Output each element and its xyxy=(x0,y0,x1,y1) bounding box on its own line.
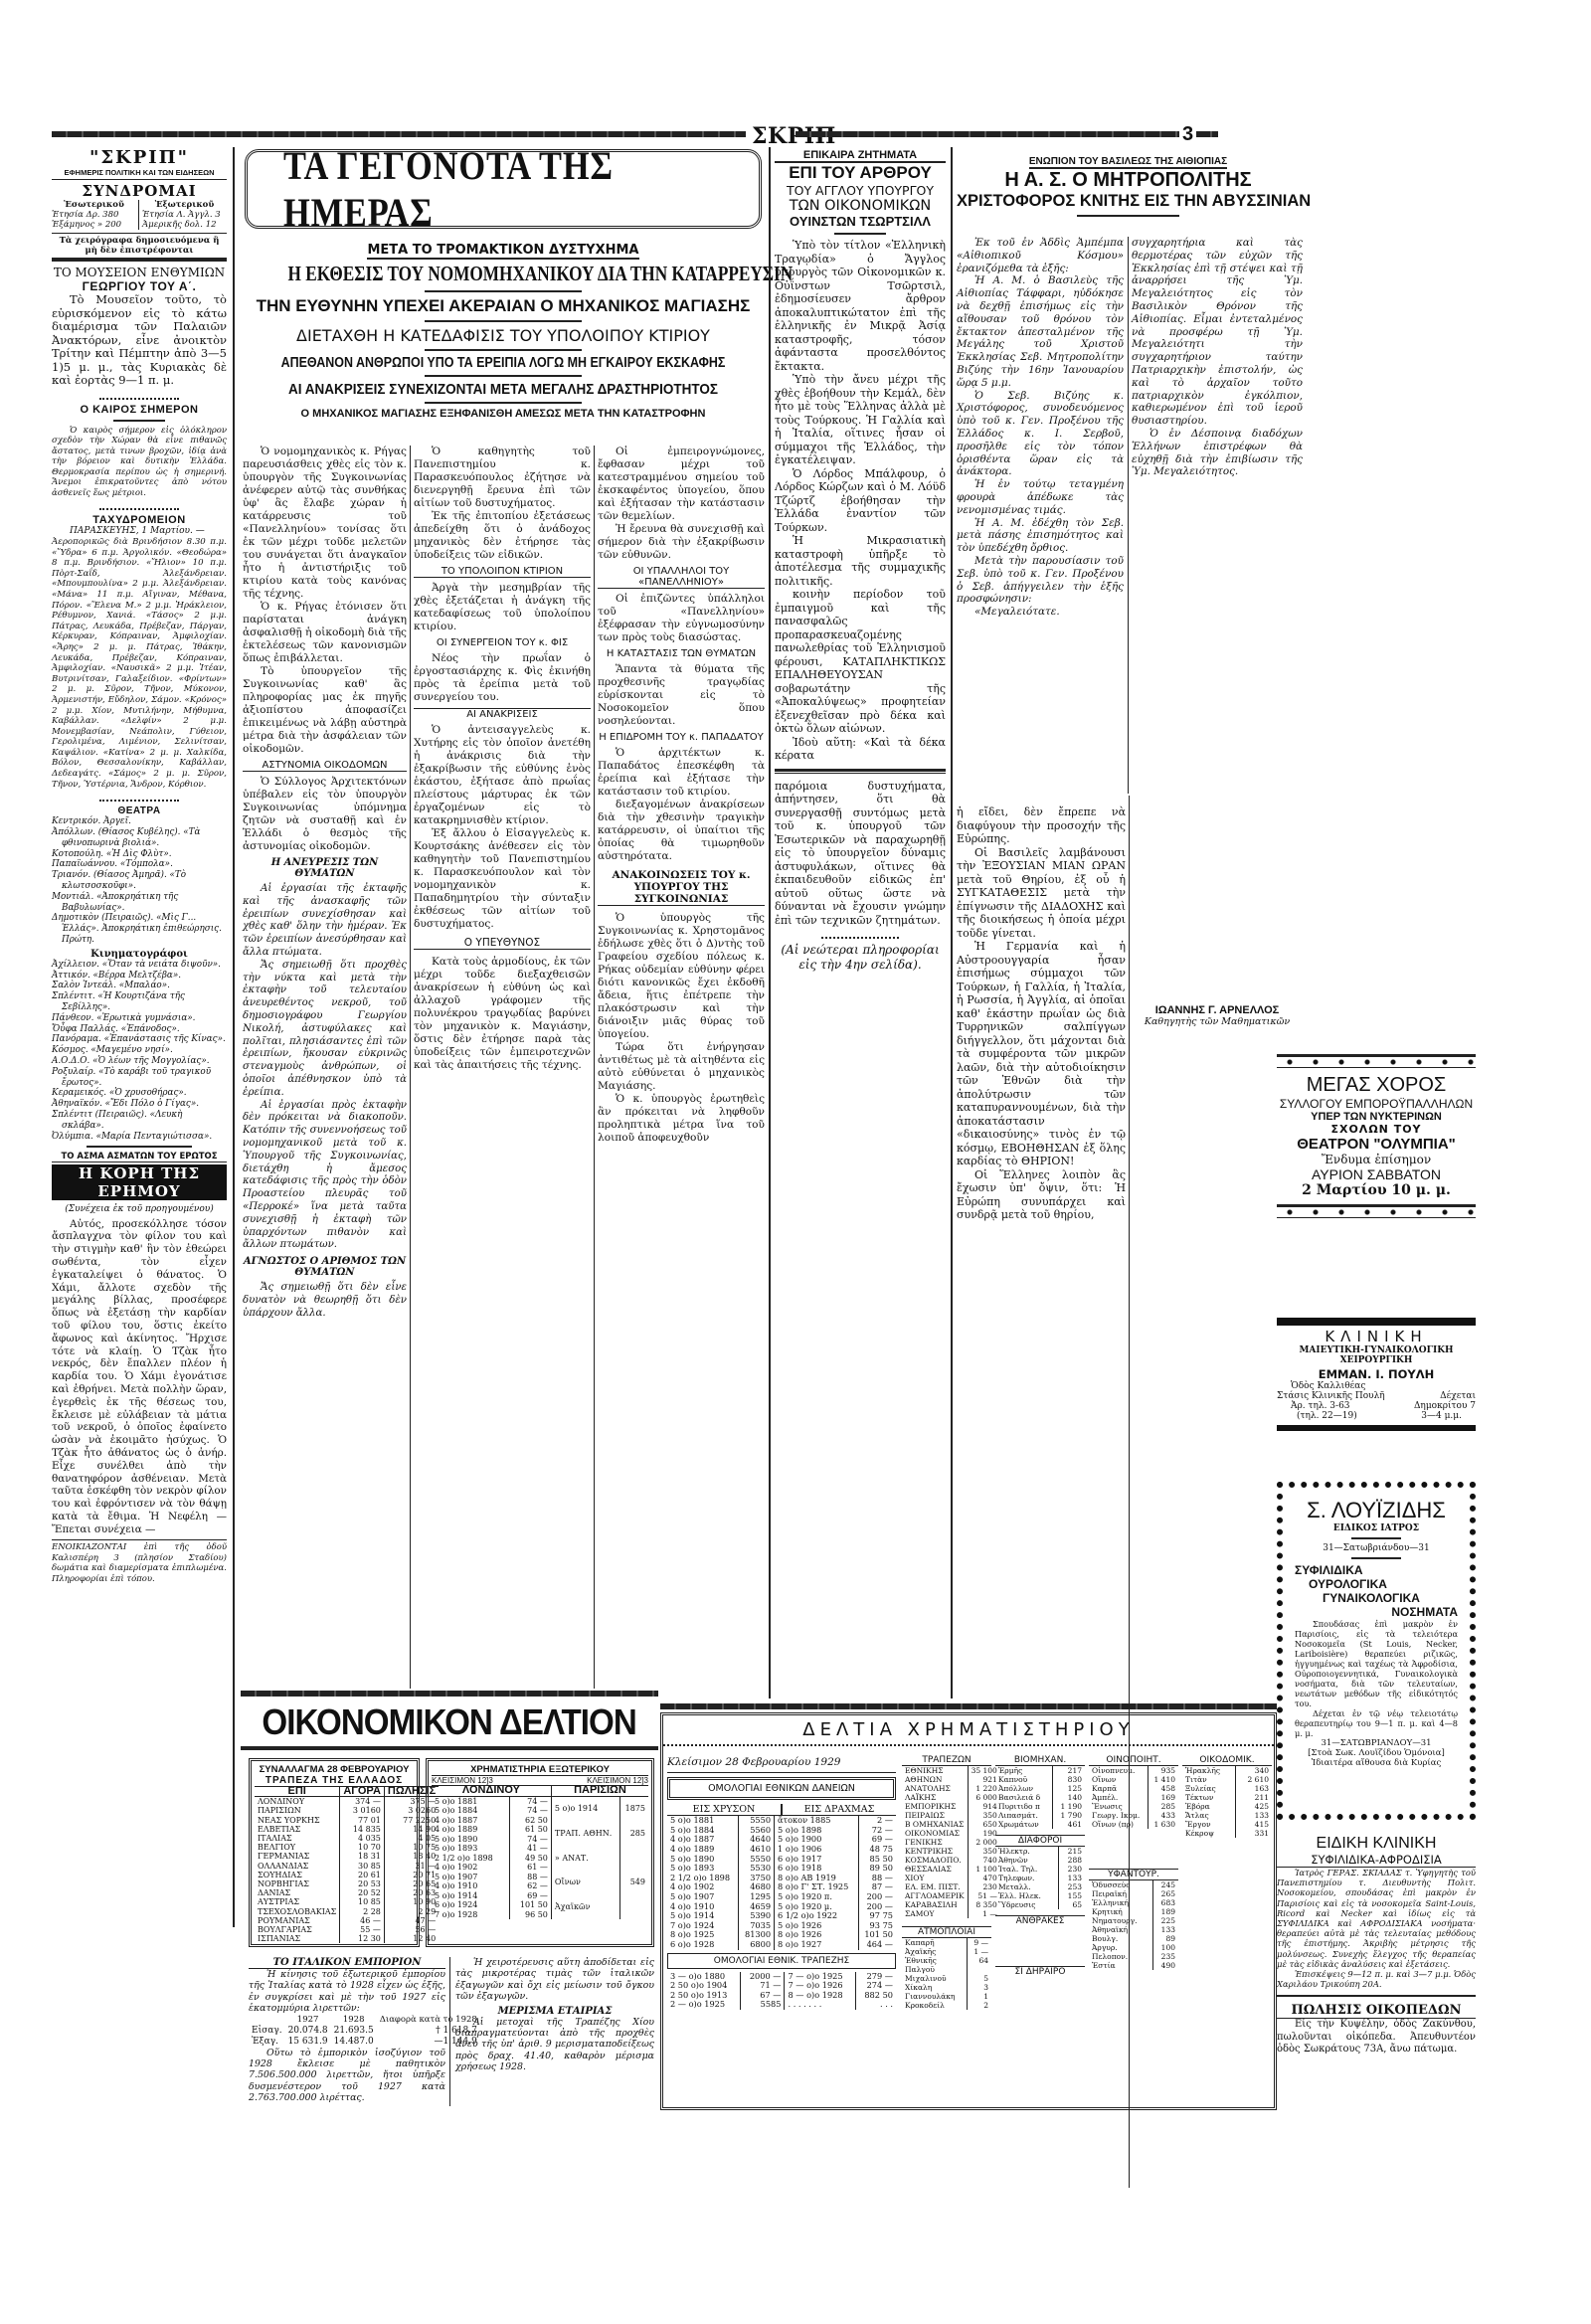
cinema-item: Σπλέντιτ. «Ἡ Κουρτιζάνα τῆς Σεβίλλης». xyxy=(52,991,227,1013)
cinemas-list: Ἀχίλλειον. «Ὅταν τὰ νειάτα διψοῦν».Ἀττικ… xyxy=(52,960,227,1143)
exchange-row: ΛΟΝΔΙΝΟΥ374 —375 — xyxy=(255,1797,439,1807)
doctor-specialty: ΓΥΝΑΙΚΟΛΟΓΙΚΑ xyxy=(1295,1591,1458,1605)
theatre-item: Δημοτικὸν (Πειραιῶς). «Μὶς Γ... Ἑλλάς». … xyxy=(52,913,227,945)
misc-row: Μεταλλ.253 xyxy=(995,1882,1085,1891)
london-row-cell: 62 50 xyxy=(509,1816,550,1826)
column-divider xyxy=(769,147,771,1698)
theatres-list: Κεντρικόν. Ἀργεῖ.Ἀπόλλων. (Θίασος Κυβέλη… xyxy=(52,816,227,946)
paragraph: Ἐκ τῆς ἐπιτοπίου ἐξετάσεως ἀπεδείχθη ὅτι… xyxy=(414,510,591,562)
loan-row-cell: 6800 xyxy=(739,1940,775,1950)
construction-block: ΟΙΚΟΔΟΜΙΚ. Ἡρακλῆς340Τιτὰν2 610Ξυλείας16… xyxy=(1182,1755,1272,1838)
abyssinia-paragraph: Ὁ ἐν Δέσποινᾳ διαδόχων Ἑλλήνων ἐπιστρέφω… xyxy=(1132,428,1303,478)
divider xyxy=(1351,1557,1400,1559)
london-row-cell: 74 — xyxy=(509,1806,550,1816)
doctor-title: ΕΙΔΙΚΟΣ ΙΑΤΡΟΣ xyxy=(1295,1523,1458,1533)
paris-header: ΠΑΡΙΣΙΩΝ xyxy=(551,1786,648,1797)
subhead: Ο ΥΠΕΥΘΥΝΟΣ xyxy=(414,937,591,950)
exchange-row-cell: ΠΑΡΙΣΙΩΝ xyxy=(255,1806,340,1815)
abyssinia-paragraph: Ἐκ τοῦ ἐν Ἀδδὶς Ἀμπέμπα «Αἰθιοπικοῦ Κόσμ… xyxy=(957,237,1124,274)
textile-row: Ἑλληνική683 xyxy=(1089,1898,1178,1907)
column-divider xyxy=(1128,237,1129,794)
wine-row-cell: 433 xyxy=(1149,1811,1178,1820)
exchange-row-cell: ΑΥΣΤΡΙΑΣ xyxy=(255,1897,340,1906)
paragraph: Ἀργὰ τὴν μεσημβρίαν τῆς χθὲς ἐξετάζεται … xyxy=(414,582,591,633)
bank-row: ΠΕΙΡΑΙΩΣ350 xyxy=(902,1811,1000,1820)
column-divider xyxy=(449,1957,450,2106)
dividend-body: Αἱ μετοχαὶ τῆς Τραπέζης Χίου διαπραγματε… xyxy=(455,2017,654,2073)
wine-row-cell: Οἰνοπνευμ. xyxy=(1089,1766,1149,1775)
finance-banner-box: ΟΙΚΟΝΟΜΙΚΟΝ ΔΕΛΤΙΟΝ xyxy=(241,1698,658,1750)
london-row: 5 ο)ο 189074 — xyxy=(432,1835,551,1845)
exchange-title-1: ΣΥΝΑΛΛΑΓΜΑ 28 ΦΕΒΡΟΥΑΡΙΟΥ xyxy=(255,1764,414,1775)
theatre-item: Κεντρικόν. Ἀργεῖ. xyxy=(52,816,227,827)
bank-row: ΟΙΚΟΝΟΜΙΑΣ190 xyxy=(902,1829,1000,1838)
deck-line-4: ΑΙ ΑΝΑΚΡΙΣΕΙΣ ΣΥΝΕΧΙΖΟΝΤΑΙ ΜΕΤΑ ΜΕΓΑΛΗΣ … xyxy=(266,381,739,398)
banks-block: ΤΡΑΠΕΖΩΝ ΕΘΝΙΚΗΣ35 100ΑΘΗΝΩΝ921ΑΝΑΤΟΛΗΣ1… xyxy=(902,1755,991,2010)
london-row-cell: 88 — xyxy=(509,1873,550,1882)
paragraph: Αἱ ἐργασίαι πρὸς ἐκταφὴν δὲν πρόκειται ν… xyxy=(243,1100,407,1253)
textile-row-cell: Πελοπον. xyxy=(1089,1952,1152,1961)
opinion-paragraph: Ὑπὸ τὴν ἄνευ μέχρι τῆς χθὲς ἐβοήθουν τὴν… xyxy=(775,373,946,467)
london-row: 6 ο)ο 1924101 50 xyxy=(432,1900,551,1910)
loan-row: 6 ο)ο 192868008 ο)ο 1927464 — xyxy=(667,1940,896,1950)
wine-row-cell: 1 410 xyxy=(1149,1775,1178,1784)
misc-row: Ἠλεκτρ.215 xyxy=(995,1847,1085,1856)
bank-row-cell: ΕΛ. ΕΜ. ΠΙΣΤ. xyxy=(902,1882,968,1891)
exchange-row-cell: ΙΣΠΑΝΙΑΣ xyxy=(255,1934,340,1943)
london-row-cell: 41 — xyxy=(509,1844,550,1854)
london-row-cell: 101 50 xyxy=(509,1900,550,1910)
bank-row-cell: ΚΕΝΤΡΙΚΗΣ xyxy=(902,1847,968,1856)
paragraph: Ἄς σημειωθῇ ὅτι δὲν εἶνε δυνατὸν νὰ θεωρ… xyxy=(243,1282,407,1320)
wine-row-cell: 169 xyxy=(1149,1793,1178,1802)
wine-table: Οἰνοπνευμ.935Οἴνων1 410Καρπᾶ458Ἀμπέλ.169… xyxy=(1089,1766,1178,1829)
italian-trade-title: ΤΟ ΙΤΑΛΙΚΟΝ ΕΜΠΟΡΙΟΝ xyxy=(249,1957,445,1969)
london-row-cell: 5 ο)ο 1914 xyxy=(432,1891,509,1901)
subhead: ΤΟ ΥΠΟΛΟΙΠΟΝ ΚΤΙΡΙΟΝ xyxy=(414,566,591,578)
paris-row: Ἀχαϊκῶν xyxy=(551,1894,648,1919)
construction-row-cell: Ξυλείας xyxy=(1182,1784,1236,1793)
construction-row-cell: Ἐβόρα xyxy=(1182,1802,1236,1811)
textile-row-cell: Πειραϊκή xyxy=(1089,1889,1152,1898)
london-row-cell: 4 ο)ο 1889 xyxy=(432,1825,509,1835)
paragraph: Νέος τὴν πρωΐαν ὁ ἐργοστασιάρχης κ. Φὶς … xyxy=(414,652,591,704)
clinic-street: Δημοκρίτου 7 xyxy=(1414,1401,1476,1411)
national-bank-title: ΟΜΟΛΟΓΙΑΙ ΕΘΝΙΚ. ΤΡΑΠΕΖΗΣ xyxy=(667,1953,896,1969)
construction-row-cell: 331 xyxy=(1236,1829,1272,1838)
banks-title: ΤΡΑΠΕΖΩΝ xyxy=(902,1755,991,1766)
exchange-row-cell: 20 52 xyxy=(340,1888,385,1897)
clinic-phone: Ἀρ. τηλ. 3-63 xyxy=(1291,1401,1350,1411)
bank-row-cell: ΓΕΝΙΚΗΣ xyxy=(902,1838,968,1847)
exchange-row: ΑΥΣΤΡΙΑΣ10 8510 90 xyxy=(255,1897,439,1906)
doctor-arcade: [Στοὰ Σωκ. Λουϊζίδου Ὁμόνοια] xyxy=(1295,1748,1458,1758)
cinema-item: Ροξυλαίρ. «Τὸ καράβι τοῦ τραγικοῦ ἔρωτος… xyxy=(52,1067,227,1089)
exchange-row-cell: 14 835 xyxy=(340,1825,385,1834)
bank-row: ΑΝΑΤΟΛΗΣ1 220 xyxy=(902,1784,1000,1793)
wine-row-cell: 285 xyxy=(1149,1802,1178,1811)
exchange-row: ΙΣΠΑΝΙΑΣ12 3012 40 xyxy=(255,1934,439,1943)
bank-row-cell: ΑΘΗΝΩΝ xyxy=(902,1775,968,1784)
main-banner: ΤΑ ΓΕΓΟΝΟΤΑ ΤΗΣ ΗΜΕΡΑΣ xyxy=(283,142,723,236)
deck-line-5: Ο ΜΗΧΑΝΙΚΟΣ ΜΑΓΙΑΣΗΣ ΕΞΗΦΑΝΙΣΘΗ ΑΜΕΣΩΣ Μ… xyxy=(241,408,766,420)
wine-row-cell: Οἴνων (πρ) xyxy=(1089,1820,1149,1829)
shipping-row-cell: 5 xyxy=(968,1974,991,1983)
london-row-cell: 74 — xyxy=(509,1835,550,1845)
land-title: ΠΩΛΗΣΙΣ ΟΙΚΟΠΕΔΩΝ xyxy=(1277,2003,1476,2019)
misc-row-cell: 288 xyxy=(1058,1856,1085,1865)
opinion-title-4: ΟΥΙΝΣΤΩΝ ΤΣΩΡΤΣΙΛΛ xyxy=(775,214,946,229)
exchange-row: ΟΛΛΑΝΔΙΑΣ30 8531 — xyxy=(255,1862,439,1871)
exchange-row-cell: 30 85 xyxy=(340,1862,385,1871)
cinema-item: Ὀλύμπια. «Μαρία Πενταγιώτισσα». xyxy=(52,1132,227,1143)
construction-row-cell: 163 xyxy=(1236,1784,1272,1793)
shipping-row: Γιαννουλάκη1 xyxy=(902,1992,991,2001)
paragraph: Τώρα ὅτι ἐνήργησαν ἀντιθέτως μὲ τὰ αἰτηθ… xyxy=(598,1041,765,1093)
industrial-row-cell: Βασιλειά δ xyxy=(995,1793,1052,1802)
loan-row-cell: 8 ο)ο 1927 xyxy=(775,1940,859,1950)
paragraph: Ὁ ὑπουργὸς τῆς Συγκοινωνίας κ. Χρηστομᾶν… xyxy=(598,912,765,1041)
subhead: Η ΕΠΙΔΡΟΜΗ ΤΟΥ κ. ΠΑΠΑΔΑΤΟΥ xyxy=(598,732,765,743)
finance-banner: ΟΙΚΟΝΟΜΙΚΟΝ ΔΕΛΤΙΟΝ xyxy=(263,1701,637,1743)
misc-row-cell: 215 xyxy=(1058,1847,1085,1856)
stock-exchange-box: ΔΕΛΤΙΑ ΧΡΗΜΑΤΙΣΤΗΡΙΟΥ Κλείσιμον 28 Φεβρο… xyxy=(660,1712,1277,2110)
trade-row-cell: 14.487.0 xyxy=(331,2037,377,2048)
abyssinia-col-1: Ἐκ τοῦ ἐν Ἀδδὶς Ἀμπέμπα «Αἰθιοπικοῦ Κόσμ… xyxy=(957,237,1124,619)
exchange-row-cell: 4 035 xyxy=(340,1834,385,1843)
wine-row: Οἴνων1 410 xyxy=(1089,1775,1178,1784)
deck-line-3: ΑΠΕΘΑΝΟΝ ΑΝΘΡΩΠΟΙ ΥΠΟ ΤΑ ΕΡΕΙΠΙΑ ΛΟΓΩ ΜΗ… xyxy=(277,355,729,371)
foreign-row: Ἐτησία Λ. Ἀγγλ. 3 xyxy=(142,210,227,220)
paper-tagline: ΕΦΗΜΕΡΙΣ ΠΟΛΙΤΙΚΗ ΚΑΙ ΤΩΝ ΕΙΔΗΣΕΩΝ xyxy=(52,168,227,180)
cinema-item: Ἀθηναϊκόν. «Ἔδι Πόλο ὁ Γίγας». xyxy=(52,1099,227,1110)
deck-line-2: ΔΙΕΤΑΧΘΗ Η ΚΑΤΕΔΑΦΙΣΙΣ ΤΟΥ ΥΠΟΛΟΙΠΟΥ ΚΤΙ… xyxy=(241,326,766,345)
tobacco-title: ΑΤΜΟΠΛΟΪΑΙ xyxy=(902,1926,991,1938)
textile-table: Ὁδυσσεὺς245Πειραϊκή265Ἑλληνική683Κρητική… xyxy=(1089,1880,1178,1970)
paragraph: Ὁ ἀρχιτέκτων κ. Παπαδάτος ἐπεσκέφθη τὰ ἐ… xyxy=(598,747,765,799)
gold-header: ΕΙΣ ΧΡΥΣΟΝ xyxy=(667,1804,783,1815)
wine-row-cell: 1 630 xyxy=(1149,1820,1178,1829)
doctor-hours: Δέχεται ἐν τῷ νέῳ τελειοτάτῳ θεραπευτηρί… xyxy=(1295,1708,1458,1738)
london-row: 5 ο)ο 189341 — xyxy=(432,1844,551,1854)
top-rule-end xyxy=(1196,131,1218,137)
opinion-paragraph: Ὁ Λόρδος Μπάλφουρ, ὁ Λόρδος Κώρζων καὶ ὁ… xyxy=(775,467,946,535)
construction-row-cell: 425 xyxy=(1236,1802,1272,1811)
london-row-cell: 5 ο)ο 1884 xyxy=(432,1806,509,1816)
london-row: 5 ο)ο 188174 — xyxy=(432,1796,551,1806)
exchange-row-cell: 55 — xyxy=(340,1925,385,1934)
london-row-cell: 5 ο)ο 1881 xyxy=(432,1796,509,1806)
divider xyxy=(425,320,582,322)
diamond-border xyxy=(1277,1054,1476,1068)
paris-table: ΠΑΡΙΣΙΩΝ 5 ο)ο 19141875ΤΡΑΠ. ΑΘΗΝ.285» Α… xyxy=(551,1785,648,1919)
paragraph: Οἱ ἐμπειρογνώμονες, ἔφθασαν μέχρι τοῦ κα… xyxy=(598,446,765,523)
wine-block: ΟΙΝΟΠΟΙΗΤ. Οἰνοπνευμ.935Οἴνων1 410Καρπᾶ4… xyxy=(1089,1755,1178,1970)
foreign-markets-title: ΧΡΗΜΑΤΙΣΤΗΡΙΑ ΕΞΩΤΕΡΙΚΟΥ xyxy=(432,1764,648,1776)
domestic-row: Ἑξάμηνος » 200 xyxy=(52,220,136,230)
clinic-subtitle-1: ΜΑΙΕΥΤΙΚΗ-ΓΥΝΑΙΚΟΛΟΓΙΚΗ xyxy=(1277,1345,1476,1355)
column-divider xyxy=(594,446,595,1689)
banks-table: ΕΘΝΙΚΗΣ35 100ΑΘΗΝΩΝ921ΑΝΑΤΟΛΗΣ1 220ΛΑΪΚΗ… xyxy=(902,1766,1000,1918)
divider xyxy=(775,769,946,774)
wine-row-cell: Γεωργ. Ικομ. xyxy=(1089,1811,1149,1820)
bank-row: Β ΟΜΗΧΑΝΙΑΣ650 xyxy=(902,1820,1000,1829)
shipping-row-cell: 9 — xyxy=(968,1938,991,1947)
industrial-row-cell: Καπνοῦ xyxy=(995,1775,1052,1784)
textile-row: Πελοπον.235 xyxy=(1089,1952,1178,1961)
shipping-row-cell: 2 xyxy=(968,2001,991,2010)
textile-row-cell: 89 xyxy=(1152,1934,1178,1943)
construction-row-cell: Ἄτλας xyxy=(1182,1811,1236,1820)
bank-row: ΑΘΗΝΩΝ921 xyxy=(902,1775,1000,1784)
italian-trade-body: Ἡ χειροτέρευσις αὕτη ἀποδίδεται εἰς τὰς … xyxy=(455,1957,654,2003)
abyssinia-title-2: ΧΡΙΣΤΟΦΟΡΟΣ ΚΝΙΤΗΣ ΕΙΣ ΤΗΝ ΑΒΥΣΣΙΝΙΑΝ xyxy=(957,192,1300,211)
exchange-row-cell: ΛΟΝΔΙΝΟΥ xyxy=(255,1797,340,1807)
exchange-row-cell: 20 53 xyxy=(340,1879,385,1888)
national-bank-row-cell: . . . xyxy=(855,2000,896,2010)
construction-row-cell: Ἔργον xyxy=(1182,1820,1236,1829)
shipping-row: Κροκοδείλ2 xyxy=(902,2001,991,2010)
paris-row-cell: 549 xyxy=(619,1871,648,1895)
opinion-column: ΕΠΙΚΑΙΡΑ ΖΗΤΗΜΑΤΑ ΕΠΙ ΤΟΥ ΑΡΘΡΟΥ ΤΟΥ ΑΓΓ… xyxy=(775,149,946,973)
classified-ad: ΕΝΟΙΚΙΑΖΟΝΤΑΙ ἐπὶ τῆς ὁδοῦ Καλισπέρη 3 (… xyxy=(52,1539,227,1584)
textile-row-cell: 189 xyxy=(1152,1907,1178,1916)
industrial-row-cell: 830 xyxy=(1052,1775,1085,1784)
exchange-row: ΒΕΛΓΙΟΥ10 7010 75 xyxy=(255,1843,439,1852)
london-row-cell: 5 ο)ο 1890 xyxy=(432,1835,509,1845)
abyssinia-continuation: ἡ εἴδει, δὲν ἔπρεπε νὰ διαφύγουν τὴν προ… xyxy=(957,805,1126,1222)
london-row-cell: 74 — xyxy=(509,1796,550,1806)
abyssinia-paragraph: Μετὰ τὴν παρουσίασιν τοῦ Σεβ. ὑπὸ τοῦ κ.… xyxy=(957,555,1124,606)
wine-title: ΟΙΝΟΠΟΙΗΤ. xyxy=(1089,1755,1178,1766)
theatre-item: Τριανόν. (Θίασος Ἀμηρᾶ). «Τὸ κλωτσοσκοῦφ… xyxy=(52,870,227,892)
industrial-row: Βασιλειά δ140 xyxy=(995,1793,1085,1802)
national-bank-table: 3 — ο)ο 18802000 —7 — ο)ο 1925279 —2 50 … xyxy=(667,1972,896,2010)
domestic-label: Ἐσωτερικοῦ xyxy=(52,200,136,210)
textile-row-cell: 100 xyxy=(1152,1943,1178,1952)
serial-kicker: ΤΟ ΑΣΜΑ ΑΣΜΑΤΩΝ ΤΟΥ ΕΡΩΤΟΣ xyxy=(52,1152,227,1162)
serial-title: Η ΚΟΡΗ ΤΗΣ ΕΡΗΜΟΥ xyxy=(52,1164,227,1200)
bank-row: ΘΕΣΣΑΛΙΑΣ1 100 xyxy=(902,1865,1000,1874)
clinic-phone-2: (τηλ. 22—19) xyxy=(1297,1411,1357,1421)
london-row-cell: 62 — xyxy=(509,1881,550,1891)
construction-row-cell: 2 610 xyxy=(1236,1775,1272,1784)
national-bank-row-cell: 2 — ο)ο 1925 xyxy=(667,2000,741,2010)
abyssinia-paragraph: Οἱ Ἕλληνες λοιπὸν ἃς ἔχωσιν ὑπ' ὄψιν, ὅτ… xyxy=(957,1168,1126,1222)
london-row-cell: 4 ο)ο 1910 xyxy=(432,1881,509,1891)
industrial-row-cell: 461 xyxy=(1052,1820,1085,1829)
wine-row-cell: 458 xyxy=(1149,1784,1178,1793)
shipping-row-cell: Ἐθνικῆς xyxy=(902,1956,968,1965)
divider xyxy=(425,375,582,377)
subhead: ΟΙ ΣΥΝΕΡΓΕΙΟΝ ΤΟΥ κ. ΦΙΣ xyxy=(414,637,591,648)
post-body: Ἀεροπορικῶς διὰ Βρινδήσιον 8.30 π.μ. «Ὕδ… xyxy=(52,537,227,790)
paris-row-cell: ΤΡΑΠ. ΑΘΗΝ. xyxy=(551,1822,619,1847)
misc-row-cell: Τηλεφων. xyxy=(995,1874,1058,1882)
paris-row: » ΑΝΑΤ. xyxy=(551,1846,648,1871)
bank-row: ΕΜΠΟΡΙΚΗΣ914 xyxy=(902,1802,1000,1811)
museum-body: Τὸ Μουσεῖον τοῦτο, τὸ εὑρισκόμενον εἰς τ… xyxy=(52,293,227,388)
construction-row: Τέκτων211 xyxy=(1182,1793,1272,1802)
trade-header-cell: 1927 xyxy=(285,2015,331,2026)
top-rule-right xyxy=(795,131,1178,137)
loan-row-cell: 464 — xyxy=(858,1940,896,1950)
misc-row: Τηλεφων.133 xyxy=(995,1874,1085,1882)
abyssinia-paragraph: Ὁ Σεβ. Βιζύης κ. Χριστόφορος, συνοδευόμε… xyxy=(957,390,1124,479)
museum-title: ΤΟ ΜΟΥΣΕΙΟΝ ΕΝΘΥΜΙΩΝ xyxy=(52,266,227,279)
exchange-row: ΙΤΑΛΙΑΣ4 0354 05 xyxy=(255,1834,439,1843)
divider xyxy=(99,502,178,510)
clinic-title: ΚΛΙΝΙΚΗ xyxy=(1277,1328,1476,1345)
shipping-row: Ἐθνικῆς64 xyxy=(902,1956,991,1965)
divider xyxy=(425,290,582,292)
shipping-row: Μιχαλινοῦ5 xyxy=(902,1974,991,1983)
doctor-address-bottom: 31—ΣΑΤΩΒΡΙΑΝΔΟΥ—31 xyxy=(1295,1738,1458,1748)
wine-row-cell: 935 xyxy=(1149,1766,1178,1775)
exchange-row-cell: ΙΤΑΛΙΑΣ xyxy=(255,1834,340,1843)
shipping-row-cell: Ἀχαϊκῆς xyxy=(902,1947,968,1956)
cinema-item: Σπλέντιτ (Πειραιῶς). «Λευκὴ σκλάβα». xyxy=(52,1110,227,1132)
doctor-specialty: ΝΟΣΗΜΑΤΑ xyxy=(1295,1605,1458,1619)
london-row: 4 ο)ο 191062 — xyxy=(432,1881,551,1891)
misc-title: ΔΙΑΦΟΡΟΙ xyxy=(995,1835,1085,1847)
exchange-row: ΤΣΕΧΟΣΛΟΒΑΚΙΑΣ2 282 29 xyxy=(255,1907,439,1916)
abyssinia-paragraph: «Μεγαλειότατε. xyxy=(957,606,1124,619)
exchange-row-cell: ΓΕΡΜΑΝΙΑΣ xyxy=(255,1852,340,1861)
signature-name: ΙΩΑΝΝΗΣ Γ. ΑΡΝΕΛΛΟΣ xyxy=(1132,1004,1303,1016)
iron-title: ΣΙ ΔΗΡΑΙΡΟ xyxy=(995,1966,1085,1977)
construction-row: Ξυλείας163 xyxy=(1182,1784,1272,1793)
exchange-row-cell: ΣΟΥΗΔΙΑΣ xyxy=(255,1871,340,1879)
exchange-header-cell: ΕΠΙ xyxy=(255,1787,340,1797)
industrial-row: Ἀπόλλων125 xyxy=(995,1784,1085,1793)
industrial-row-cell: 125 xyxy=(1052,1784,1085,1793)
divider xyxy=(821,931,898,939)
cinema-item: Κόσμος. «Μαγεμένο νησί». xyxy=(52,1045,227,1056)
diamond-border xyxy=(1277,1204,1476,1218)
bank-row: ΕΛ. ΕΜ. ΠΙΣΤ.230 xyxy=(902,1882,1000,1891)
dance-line-5: ΘΕΑΤΡΟΝ "ΟΛΥΜΠΙΑ" xyxy=(1277,1136,1476,1153)
abyssinia-paragraph: συγχαρητήρια καὶ τὰς θερμοτέρας τῶν εὐχῶ… xyxy=(1132,237,1303,428)
exchange-row-cell: 18 31 xyxy=(340,1852,385,1861)
exchange-row: ΒΟΥΛΓΑΡΙΑΣ55 —56 — xyxy=(255,1925,439,1934)
construction-table: Ἡρακλῆς340Τιτὰν2 610Ξυλείας163Τέκτων211Ἐ… xyxy=(1182,1766,1272,1838)
london-row-cell: 49 50 xyxy=(509,1854,550,1864)
bank-row-cell: ΕΜΠΟΡΙΚΗΣ xyxy=(902,1802,968,1811)
exchange-row: ΣΟΥΗΔΙΑΣ20 6120 71 xyxy=(255,1871,439,1879)
london-row: 4 ο)ο 188762 50 xyxy=(432,1816,551,1826)
london-row-cell: 4 ο)ο 1902 xyxy=(432,1863,509,1873)
special-clinic-hours: Ἐπισκέψεις 9—12 π. μ. καὶ 3—7 μ.μ. Ὁδὸς … xyxy=(1277,1969,1476,1989)
paragraph: Ἡ ἔρευνα θὰ συνεχισθῇ καὶ σήμερον διὰ τὴ… xyxy=(598,523,765,562)
textile-row: Πειραϊκή265 xyxy=(1089,1889,1178,1898)
wine-row-cell: Οἴνων xyxy=(1089,1775,1149,1784)
column-divider xyxy=(233,147,235,1927)
london-row: 5 ο)ο 188474 — xyxy=(432,1806,551,1816)
divider xyxy=(1277,1995,1476,1997)
textile-title: ΥΦΑΝΤΟΥΡ. xyxy=(1089,1869,1178,1880)
exchange-row-cell: ΕΛΒΕΤΙΑΣ xyxy=(255,1825,340,1834)
divider xyxy=(87,1146,192,1148)
shipping-row-cell: Καπαρῆ xyxy=(902,1938,968,1947)
construction-row: Τιτὰν2 610 xyxy=(1182,1775,1272,1784)
construction-row-cell: Τέκτων xyxy=(1182,1793,1236,1802)
wine-row-cell: Καρπᾶ xyxy=(1089,1784,1149,1793)
textile-row: Ἀργυρ.100 xyxy=(1089,1943,1178,1952)
wine-row: Οἴνων (πρ)1 630 xyxy=(1089,1820,1178,1829)
subhead: Η ΑΝΕΥΡΕΣΙΣ ΤΩΝ ΘΥΜΑΤΩΝ xyxy=(243,857,407,879)
opinion-title-3: ΤΩΝ ΟΙΚΟΝΟΜΙΚΩΝ xyxy=(775,198,946,214)
industrial-row-cell: 140 xyxy=(1052,1793,1085,1802)
paris-row-cell: » ΑΝΑΤ. xyxy=(551,1846,619,1871)
bank-row-cell: ΛΑΪΚΗΣ xyxy=(902,1793,968,1802)
industrial-row-cell: 217 xyxy=(1052,1766,1085,1775)
finance-rule xyxy=(241,1691,658,1697)
clinic-subtitle-2: ΧΕΙΡΟΥΡΓΙΚΗ xyxy=(1277,1355,1476,1365)
bank-row-cell: ΟΙΚΟΝΟΜΙΑΣ xyxy=(902,1829,968,1838)
exchange-row-cell: 12 30 xyxy=(340,1934,385,1943)
doctor-address-top: 31—Σατωβριάνδου—31 xyxy=(1295,1543,1458,1553)
industrial-row-cell: Ἀπόλλων xyxy=(995,1784,1052,1793)
trade-row-cell: Εἰσαγ. xyxy=(249,2026,285,2037)
weather-body: Ὁ καιρὸς σήμερον εἰς ὁλόκληρον σχεδὸν τὴ… xyxy=(52,426,227,499)
industrial-row: Καπνοῦ830 xyxy=(995,1775,1085,1784)
foreign-row: Ἀμερικῆς δολ. 12 xyxy=(142,220,227,230)
trade-row-cell: Ἐξαγ. xyxy=(249,2037,285,2048)
subhead: ΑΙ ΑΝΑΚΡΙΣΕΙΣ xyxy=(414,708,591,720)
misc-row: Ἰταλ. Τηλ.230 xyxy=(995,1865,1085,1874)
exchange-row: ΡΟΥΜΑΝΙΑΣ46 —47 — xyxy=(255,1916,439,1925)
exchange-header-row: ΕΠΙΑΓΟΡΑΠΩΛΗΣΙΣ xyxy=(255,1787,439,1797)
misc-row-cell: 65 xyxy=(1058,1900,1085,1909)
shipping-row-cell: Κροκοδείλ xyxy=(902,2001,968,2010)
bank-row: ΚΟΣΜΑΔΟΠΟ.740 xyxy=(902,1856,1000,1865)
exchange-row-cell: ΡΟΥΜΑΝΙΑΣ xyxy=(255,1916,340,1925)
paragraph: Ὁ Σύλλογος Ἀρχιτεκτόνων ὑπέβαλεν εἰς τὸν… xyxy=(243,776,407,853)
london-row-cell: 5 ο)ο 1907 xyxy=(432,1873,509,1882)
national-loans-title: ΟΜΟΛΟΓΙΑΙ ΕΘΝΙΚΩΝ ΔΑΝΕΙΩΝ xyxy=(667,1777,896,1800)
main-banner-box: ΤΑ ΓΕΓΟΝΟΤΑ ΤΗΣ ΗΜΕΡΑΣ xyxy=(245,149,762,229)
abyssinia-paragraph: Ἡ ἐν τούτῳ τεταγμένη φρουρὰ ἀπέδωκε τὰς … xyxy=(957,478,1124,516)
textile-row: Ἑστία490 xyxy=(1089,1961,1178,1970)
theatres-title: ΘΕΑΤΡΑ xyxy=(52,805,227,816)
misc-row-cell: 155 xyxy=(1058,1891,1085,1900)
paragraph: Οἱ ἐπιζῶντες ὑπάλληλοι τοῦ «Πανελληνίου»… xyxy=(598,593,765,644)
national-loans-block: Κλείσιμον 28 Φεβρουαρίου 1929 ΟΜΟΛΟΓΙΑΙ … xyxy=(667,1755,896,2010)
ad-rule xyxy=(1277,1425,1476,1431)
opinion-title-2: ΤΟΥ ΑΓΓΛΟΥ ΥΠΟΥΡΓΟΥ xyxy=(775,183,946,198)
abyssinia-paragraph: Ἡ Α. Μ. ὁ Βασιλεὺς τῆς Αἰθιοπίας Τάφφαρι… xyxy=(957,274,1124,389)
exchange-row-cell: ΟΛΛΑΝΔΙΑΣ xyxy=(255,1862,340,1871)
exchange-row-cell: ΝΕΑΣ ΥΟΡΚΗΣ xyxy=(255,1816,340,1825)
column-divider xyxy=(951,147,953,1698)
exchange-table-box: ΣΥΝΑΛΛΑΓΜΑ 28 ΦΕΒΡΟΥΑΡΙΟΥ ΤΡΑΠΕΖΑ ΤΗΣ ΕΛ… xyxy=(249,1758,420,1947)
misc-row: Ἑλλ. Ηλεκ.155 xyxy=(995,1891,1085,1900)
wine-row: Ἕνωσις285 xyxy=(1089,1802,1178,1811)
london-row: 4 ο)ο 188961 50 xyxy=(432,1825,551,1835)
paragraph: Ἅπαντα τὰ θύματα τῆς προχθεσινῆς τραγῳδί… xyxy=(598,663,765,728)
opinion-paragraph: Ἡ Μικρασιατικὴ καταστροφὴ ὑπῆρξε τὸ ἀποτ… xyxy=(775,534,946,588)
theatre-item: Παπαϊωάννου. «Τόμπολα». xyxy=(52,859,227,870)
textile-row: Ἀθηναϊκή133 xyxy=(1089,1925,1178,1934)
paragraph: διεξαγομένων ἀνακρίσεων διὰ τὴν χθεσινὴν… xyxy=(598,799,765,863)
bank-row-cell: ΕΘΝΙΚΗΣ xyxy=(902,1766,968,1775)
london-row-cell: 96 50 xyxy=(509,1910,550,1920)
opinion-paragraph: Ἰδοὺ αὕτη: «Καὶ τὰ δέκα κέρατα xyxy=(775,736,946,763)
abyssinia-paragraph: Ἡ Α. Μ. ἐδέχθη τὸν Σεβ. μετὰ πάσης ἐπιση… xyxy=(957,517,1124,555)
misc-row-cell: 253 xyxy=(1058,1882,1085,1891)
misc-row-cell: Ἰταλ. Τηλ. xyxy=(995,1865,1058,1874)
